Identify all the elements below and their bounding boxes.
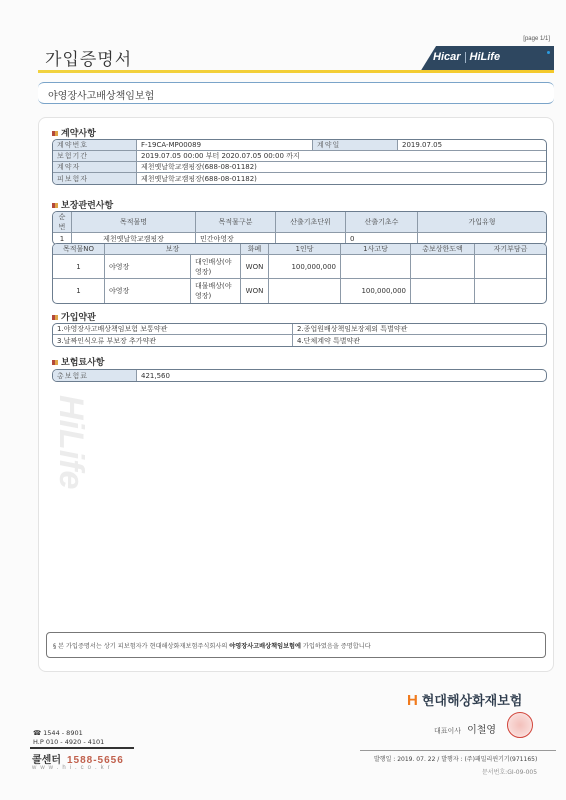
cell [341,255,411,279]
col-header: 1인당 [269,244,341,255]
col-header: 가입유형 [418,212,546,233]
product-name: 야영장사고배상책임보험 [48,87,154,102]
brand-hilife: HiLife [470,51,501,63]
brand-logo: HicarHiLife [433,51,553,63]
contract-date-value: 2019.07.05 [398,140,546,151]
contract-table: 계약번호 F-19CA-MP00089 계약일 2019.07.05 보험기간 … [52,139,547,185]
cell: WON [241,279,269,303]
company-name: H현대해상화재보험 [407,690,522,709]
premium-table: 총보험료 421,560 [52,369,547,382]
cell: 대물배상(야영장) [191,279,241,303]
section-bullet-icon [52,360,58,365]
table-row: 1 야영장 대인배상(야영장) WON 100,000,000 [53,255,546,279]
contract-date-label: 계약일 [313,140,398,151]
certification-notice: § 본 가입증명서는 상기 피보험자가 현대해상화재보험주식회사의 야영장사고배… [46,632,546,658]
cell: 1 [53,279,105,303]
period-label: 보험기간 [53,151,137,162]
col-header: 총보상한도액 [411,244,475,255]
document-title: 가입증명서 [45,45,132,70]
company-seal-icon [507,712,533,738]
cell [475,279,546,303]
mobile-number: H.P 010 - 4920 - 4101 [33,738,104,746]
issuer-divider [360,750,556,751]
policyholder-value: 제천옛날학교캠핑장(688-08-01182) [137,162,546,173]
premium-value: 421,560 [137,370,546,381]
table-row: 보험기간 2019.07.05 00:00 부터 2020.07.05 00:0… [53,151,546,162]
term-item: 3.날짜인식오류 부보장 추가약관 [53,335,293,346]
cell: 100,000,000 [269,255,341,279]
object-table: 순번 목적물명 목적물구분 산출기초단위 산출기초수 가입유형 1 제천옛날학교… [52,211,547,245]
contract-number-label: 계약번호 [53,140,137,151]
table-row: 총보험료 421,560 [53,370,546,381]
contact-divider [30,747,134,749]
col-header: 산출기초단위 [276,212,346,233]
term-item: 2.종업원배상책임보장제외 특별약관 [293,324,546,335]
coverage-detail-table: 목적물NO 보장 화폐 1인당 1사고당 총보상한도액 자기부담금 1 야영장 … [52,243,547,304]
watermark: HiLife [60,395,90,625]
table-row: 1.야영장사고배상책임보험 보통약관 2.종업원배상책임보장제외 특별약관 [53,324,546,335]
col-header: 목적물구분 [196,212,276,233]
phone-number: ☎ 1544 - 8901 [33,729,83,737]
section-bullet-icon [52,315,58,320]
brand-dot-icon [547,51,550,54]
policyholder-label: 계약자 [53,162,137,173]
insured-label: 피보험자 [53,173,137,184]
table-row: 1 야영장 대물배상(야영장) WON 100,000,000 [53,279,546,303]
section-coverage-title: 보장관련사항 [52,198,113,211]
cell [411,279,475,303]
product-name-bar: 야영장사고배상책임보험 [38,82,554,104]
issue-info: 발행일 : 2019. 07. 22 / 발행자 : (주)패밀리윈기기(971… [374,754,537,763]
table-header-row: 순번 목적물명 목적물구분 산출기초단위 산출기초수 가입유형 [53,212,546,233]
contract-number-value: F-19CA-MP00089 [137,140,313,151]
table-row: 3.날짜인식오류 부보장 추가약관 4.단체계약 특별약관 [53,335,546,346]
website-link[interactable]: www.hi.co.kr [32,765,114,771]
section-premium-title: 보험료사항 [52,355,104,368]
col-header: 자기부담금 [475,244,546,255]
title-underline [38,70,554,73]
terms-table: 1.야영장사고배상책임보험 보통약관 2.종업원배상책임보장제외 특별약관 3.… [52,323,547,347]
table-header-row: 목적물NO 보장 화폐 1인당 1사고당 총보상한도액 자기부담금 [53,244,546,255]
notice-text: § 본 가입증명서는 상기 피보험자가 현대해상화재보험주식회사의 [53,643,229,650]
cell [269,279,341,303]
col-header: 화폐 [241,244,269,255]
ceo-line: 대표이사이철영 [434,721,496,736]
section-contract-title: 계약사항 [52,126,96,139]
ceo-label: 대표이사 [434,727,461,735]
table-row: 피보험자 제천옛날학교캠핑장(688-08-01182) [53,173,546,184]
notice-emphasis: 야영장사고배상책임보험에 [229,643,301,650]
term-item: 4.단체계약 특별약관 [293,335,546,346]
certificate-body [38,117,554,672]
cell: 야영장 [105,279,191,303]
brand-hicar: Hicar [433,51,461,63]
cell: 대인배상(야영장) [191,255,241,279]
ceo-name: 이철영 [467,725,496,736]
cell: 야영장 [105,255,191,279]
cell [411,255,475,279]
col-header: 목적물NO [53,244,105,255]
document-number: 문서번호:GI-09-005 [482,767,537,776]
col-header: 순번 [53,212,72,233]
col-header: 1사고당 [341,244,411,255]
cell [475,255,546,279]
section-bullet-icon [52,131,58,136]
company-logo-icon: H [407,692,418,709]
cell: 100,000,000 [341,279,411,303]
cell: 1 [53,255,105,279]
section-bullet-icon [52,203,58,208]
col-header: 산출기초수 [346,212,418,233]
notice-text-end: 가입하였음을 증명합니다 [301,643,371,650]
col-header: 목적물명 [72,212,196,233]
section-terms-title: 가입약관 [52,310,96,323]
table-row: 계약자 제천옛날학교캠핑장(688-08-01182) [53,162,546,173]
table-row: 계약번호 F-19CA-MP00089 계약일 2019.07.05 [53,140,546,151]
cell: WON [241,255,269,279]
page-indicator: [page 1/1] [523,36,550,42]
term-item: 1.야영장사고배상책임보험 보통약관 [53,324,293,335]
call-center: 콜센터1588-5656 [32,751,124,766]
col-header: 보장 [105,244,241,255]
brand-divider [465,52,466,63]
period-value: 2019.07.05 00:00 부터 2020.07.05 00:00 까지 [137,151,546,162]
premium-label: 총보험료 [53,370,137,381]
insured-value: 제천옛날학교캠핑장(688-08-01182) [137,173,546,184]
